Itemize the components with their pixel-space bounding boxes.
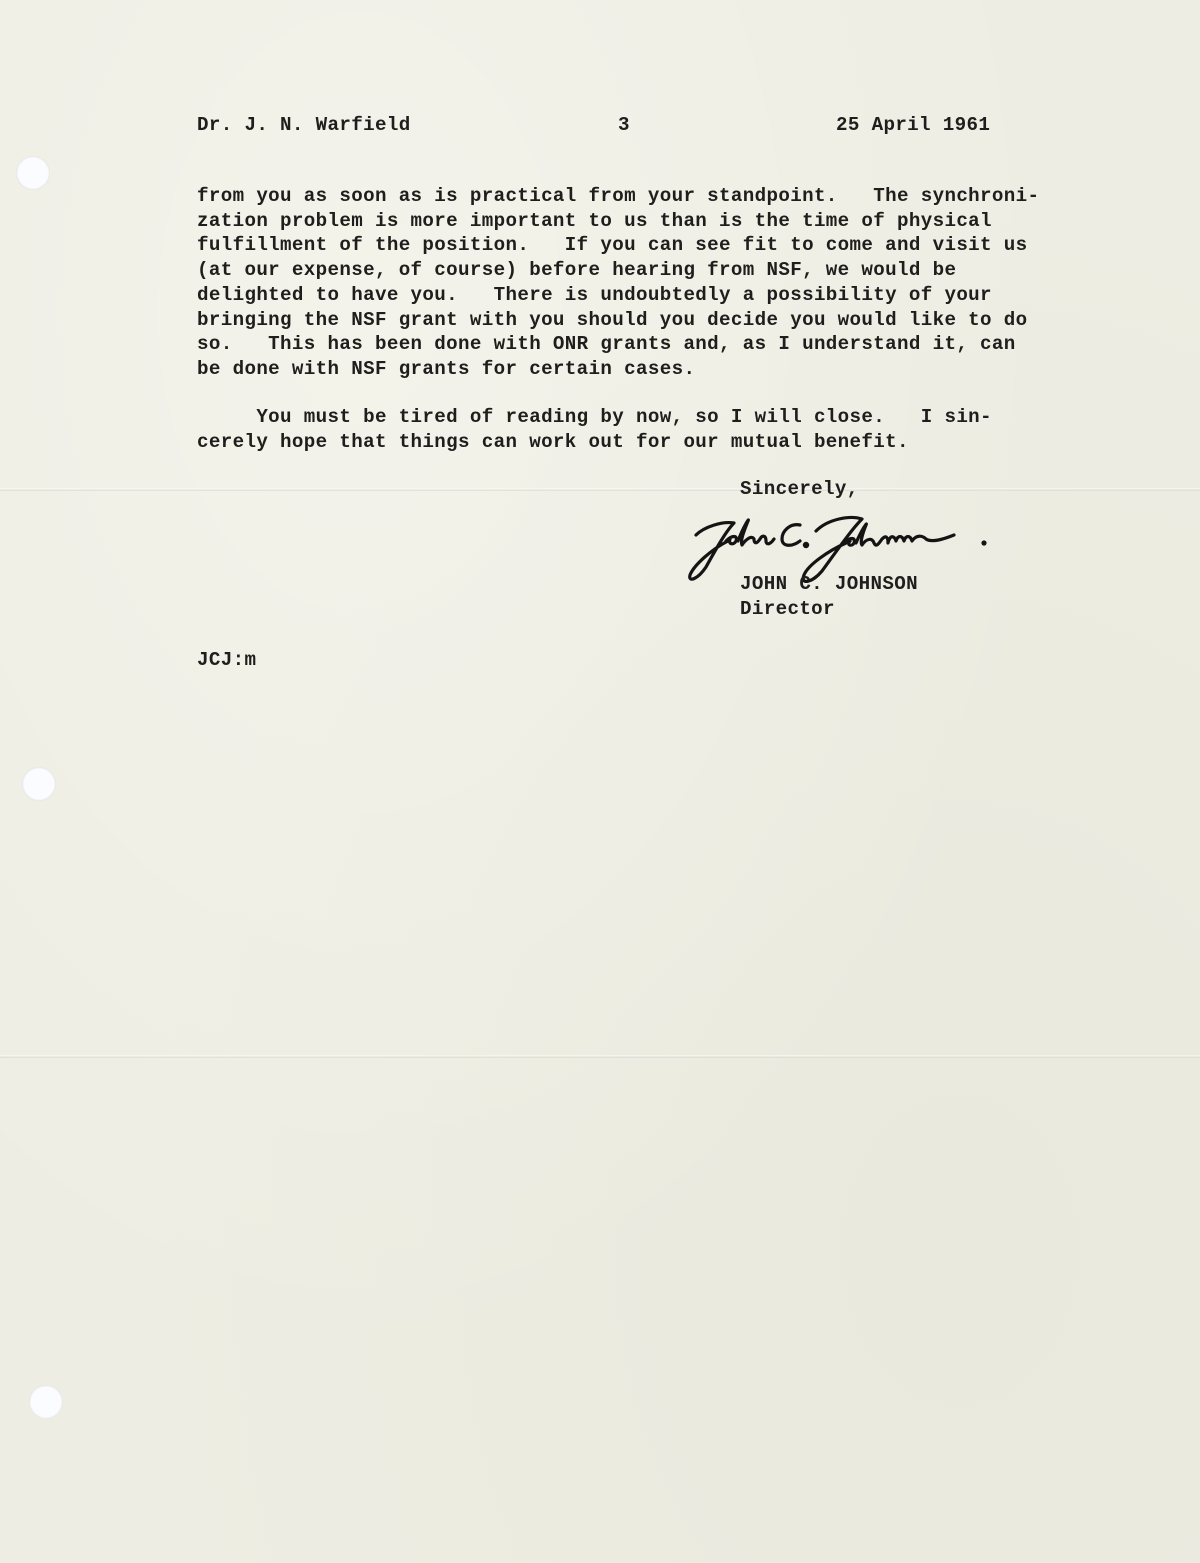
fold-line-upper xyxy=(0,488,1200,491)
paragraph-line: bringing the NSF grant with you should y… xyxy=(197,308,1039,333)
letter-date: 25 April 1961 xyxy=(836,113,990,138)
letter-page: Dr. J. N. Warfield 3 25 April 1961 from … xyxy=(0,0,1200,1563)
signatory-title: Director xyxy=(740,597,835,622)
page-number: 3 xyxy=(618,113,630,138)
punch-hole-bottom xyxy=(29,1385,63,1419)
reference-initials: JCJ:m xyxy=(197,648,256,673)
paragraph-line: zation problem is more important to us t… xyxy=(197,209,1039,234)
punch-hole-middle xyxy=(22,767,56,801)
body-paragraph-1: from you as soon as is practical from yo… xyxy=(197,184,1039,382)
punch-hole-top xyxy=(16,156,50,190)
paragraph-line: delighted to have you. There is undoubte… xyxy=(197,283,1039,308)
paragraph-line: cerely hope that things can work out for… xyxy=(197,430,992,455)
recipient-header: Dr. J. N. Warfield xyxy=(197,113,411,138)
paragraph-line: fulfillment of the position. If you can … xyxy=(197,233,1039,258)
body-paragraph-2: You must be tired of reading by now, so … xyxy=(197,405,992,454)
typed-signatory-name: JOHN C. JOHNSON xyxy=(740,572,918,597)
paragraph-line: (at our expense, of course) before heari… xyxy=(197,258,1039,283)
paragraph-line: so. This has been done with ONR grants a… xyxy=(197,332,1039,357)
fold-line-lower xyxy=(0,1055,1200,1058)
paragraph-line: from you as soon as is practical from yo… xyxy=(197,184,1039,209)
paragraph-line: be done with NSF grants for certain case… xyxy=(197,357,1039,382)
closing-salutation: Sincerely, xyxy=(740,477,859,502)
paragraph-line: You must be tired of reading by now, so … xyxy=(197,405,992,430)
